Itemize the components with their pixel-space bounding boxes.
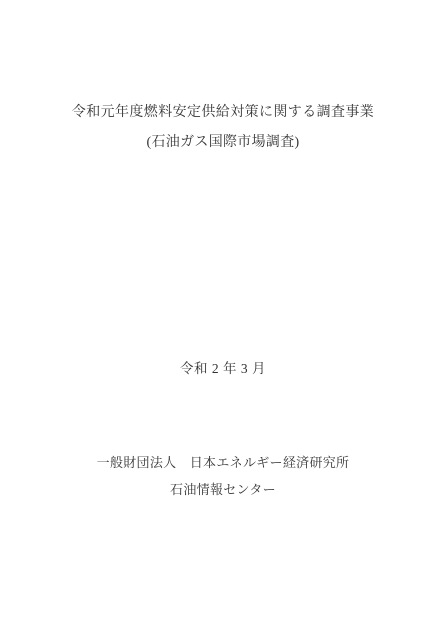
department-name: 石油情報センター (0, 479, 446, 498)
document-cover-page: 令和元年度燃料安定供給対策に関する調査事業 (石油ガス国際市場調査) 令和 2 … (0, 0, 446, 630)
document-title: 令和元年度燃料安定供給対策に関する調査事業 (0, 101, 446, 121)
document-subtitle: (石油ガス国際市場調査) (0, 131, 446, 151)
document-date: 令和 2 年 3 月 (0, 357, 446, 377)
organization-name: 一般財団法人 日本エネルギー経済研究所 (0, 452, 446, 471)
